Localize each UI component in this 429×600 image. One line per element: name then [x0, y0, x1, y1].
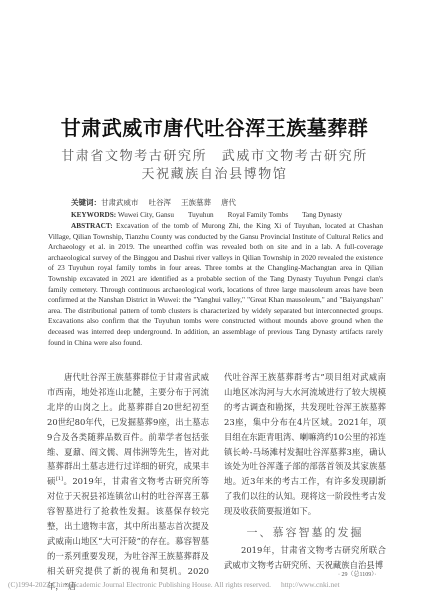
body-left-column: 唐代吐谷浑王族墓葬群位于甘肃省武威市西南，地处祁连山北麓，主要分布于河流北岸的山…	[47, 370, 209, 594]
keyword-term: 王族墓葬	[181, 198, 211, 207]
footer-url-link[interactable]: http://www.cnki.net	[281, 580, 340, 589]
keywords-english-label: KEYWORDS:	[71, 211, 116, 219]
section-heading: 一、慕容智墓的发掘	[224, 525, 386, 541]
affiliation-line-2: 天祝藏族自治县博物馆	[0, 166, 429, 183]
keyword-term: 吐谷浑	[149, 198, 172, 207]
body-text: 。2019年，甘肃省文物考古研究所等对位于天祝县祁连镇岔山村的吐谷浑喜王慕容智墓…	[47, 476, 209, 590]
keywords-chinese: 关键词：甘肃武威市吐谷浑王族墓葬唐代	[71, 198, 246, 208]
keywords-english: KEYWORDS: Wuwei City, GansuTuyuhunRoyal …	[71, 210, 356, 220]
copyright-text: (C)1994-2022 China Academic Journal Elec…	[8, 580, 271, 589]
keywords-chinese-label: 关键词：	[71, 198, 101, 207]
body-right-column: 代吐谷浑王族墓葬群考古”项目组对武威南山地区冰沟河与大水河流域进行了较大规模的考…	[224, 370, 386, 573]
keyword-term: Wuwei City, Gansu	[118, 211, 174, 219]
body-paragraph: 唐代吐谷浑王族墓葬群位于甘肃省武威市西南，地处祁连山北麓，主要分布于河流北岸的山…	[47, 370, 209, 594]
abstract: ABSTRACT: Excavation of the tomb of Muro…	[48, 221, 383, 348]
paper-title: 甘肃武威市唐代吐谷浑王族墓葬群	[0, 116, 429, 140]
copyright-footer: (C)1994-2022 China Academic Journal Elec…	[8, 580, 423, 589]
affiliation-line-1: 甘肃省文物考古研究所 武威市文物考古研究所	[0, 148, 429, 165]
abstract-label: ABSTRACT:	[71, 221, 113, 230]
keyword-term: Tang Dynasty	[302, 211, 342, 219]
abstract-text: Excavation of the tomb of Murong Zhi, th…	[48, 221, 383, 347]
keyword-term: Tuyuhun	[188, 211, 214, 219]
keyword-term: Royal Family Tombs	[228, 211, 288, 219]
body-text: 唐代吐谷浑王族墓葬群位于甘肃省武威市西南，地处祁连山北麓，主要分布于河流北岸的山…	[47, 372, 209, 486]
keyword-term: 甘肃武威市	[101, 198, 139, 207]
page-number: · 29（总1109）·	[338, 569, 376, 578]
reference-marker: [1]	[56, 477, 63, 483]
keyword-term: 唐代	[221, 198, 236, 207]
body-paragraph: 代吐谷浑王族墓葬群考古”项目组对武威南山地区冰沟河与大水河流域进行了较大规模的考…	[224, 370, 386, 519]
